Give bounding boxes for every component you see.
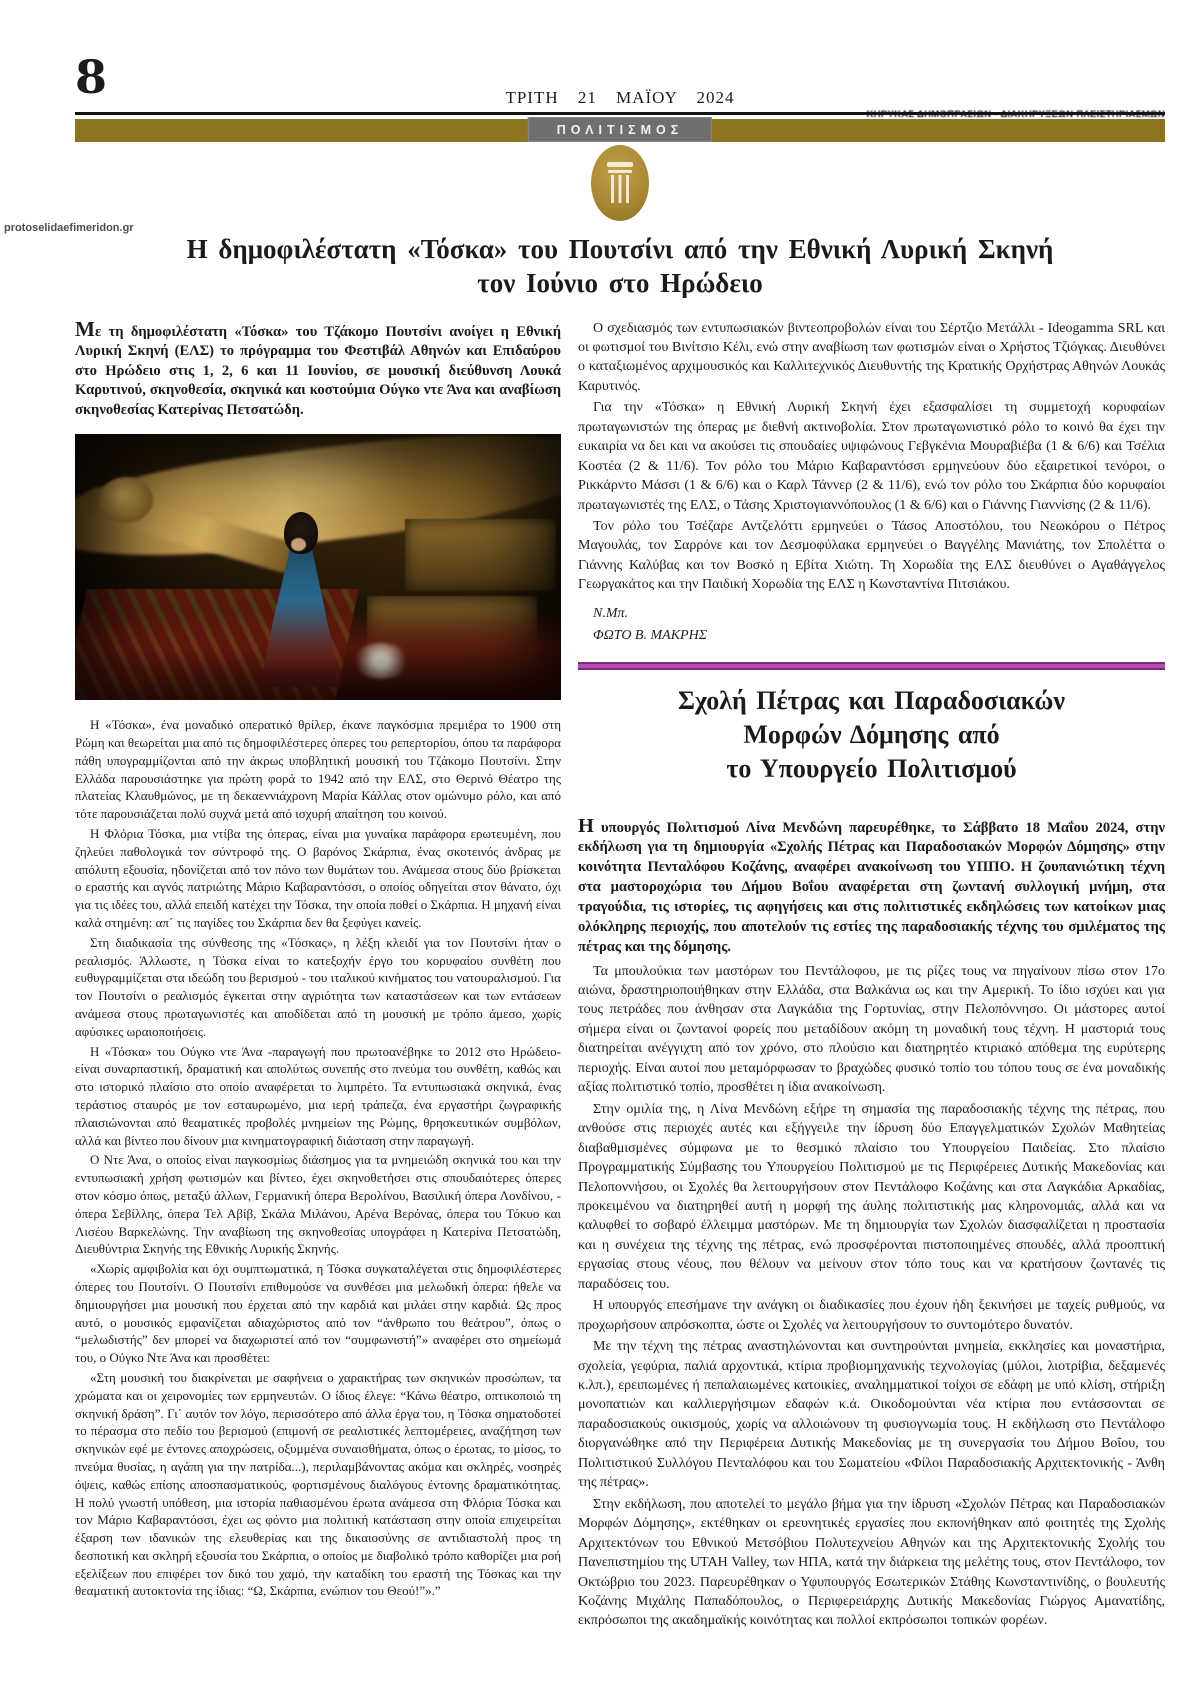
article1-paragraph: Στη διαδικασία της σύνθεσης της «Τόσκας»…: [75, 934, 561, 1041]
article-divider: [578, 662, 1165, 670]
tosca-dress-shape: [260, 543, 343, 687]
edition-date: ΤΡΙΤΗ 21 ΜΑΪΟΥ 2024: [75, 88, 1165, 108]
watermark: protoselidaefimeridon.gr: [4, 222, 134, 234]
article2-lead: Η υπουργός Πολιτισμού Λίνα Μενδώνη παρευ…: [578, 816, 1165, 958]
byline-block: Ν.Μπ. ΦΩΤΟ Β. ΜΑΚΡΗΣ: [593, 603, 1165, 646]
headline-line: Μορφών Δόμησης από: [578, 718, 1165, 752]
newspaper-page: 8 ΤΡΙΤΗ 21 ΜΑΪΟΥ 2024 ΚΗΡΥΚΑΣ ΔΗΜΟΠΡΑΣΙΩ…: [0, 0, 1200, 1697]
headline-line: τον Ιούνιο στο Ηρώδειο: [75, 267, 1165, 301]
section-label: ΠΟΛΙΤΙΣΜΟΣ: [528, 117, 712, 142]
article1-headline: Η δημοφιλέστατη «Τόσκα» του Πουτσίνι από…: [75, 233, 1165, 301]
stage-light-glow: [221, 445, 415, 504]
greek-column-icon: [591, 145, 649, 221]
article2-paragraph: Τα μπουλούκια των μαστόρων του Πεντάλοφο…: [578, 962, 1165, 1098]
article2-body: Τα μπουλούκια των μαστόρων του Πεντάλοφο…: [578, 962, 1165, 1631]
author-initials: Ν.Μπ.: [593, 603, 1165, 625]
photo-background: [75, 434, 561, 700]
article1-lead: Με τη δημοφιλέστατη «Τόσκα» του Τζάκομο …: [75, 319, 561, 421]
article1-paragraph: «Χωρίς αμφιβολία και όχι συμπτωματικά, η…: [75, 1260, 561, 1367]
flower-bouquet-shape: [352, 643, 410, 679]
article1-paragraph: Ο σχεδιασμός των εντυπωσιακών βιντεοπροβ…: [578, 319, 1165, 397]
altar-chest-shape: [367, 596, 537, 678]
statue-head-shape: [99, 477, 153, 523]
tosca-opera-photo: [75, 434, 561, 700]
article1-paragraph: Η «Τόσκα», ένα μοναδικό οπερατικό θρίλερ…: [75, 716, 561, 823]
red-floor-shape: [75, 610, 561, 700]
article1-paragraph: Ο Ντε Άνα, ο οποίος είναι παγκοσμίως διά…: [75, 1151, 561, 1258]
statue-arm-shape: [80, 484, 304, 576]
golden-statue-shape: [75, 434, 561, 575]
article2-paragraph: Στην ομιλία της, η Λίνα Μενδώνη εξήρε τη…: [578, 1100, 1165, 1295]
article1-right-body: Ο σχεδιασμός των εντυπωσιακών βιντεοπροβ…: [578, 319, 1165, 595]
section-band: ΠΟΛΙΤΙΣΜΟΣ: [75, 119, 1165, 142]
article1-paragraph: Για την «Τόσκα» η Εθνική Λυρική Σκηνή έχ…: [578, 398, 1165, 515]
article1-paragraph: Η Φλόρια Τόσκα, μια ντίβα της όπερας, εί…: [75, 825, 561, 932]
right-column: Ο σχεδιασμός των εντυπωσιακών βιντεοπροβ…: [578, 319, 1165, 1633]
icon-row: [75, 145, 1165, 223]
headline-line: Σχολή Πέτρας και Παραδοσιακών: [578, 684, 1165, 718]
article1-paragraph: Η «Τόσκα» του Ούγκο ντε Άνα -παραγωγή πο…: [75, 1043, 561, 1150]
article2-headline: Σχολή Πέτρας και ΠαραδοσιακώνΜορφών Δόμη…: [578, 684, 1165, 785]
article1-paragraph: Τον ρόλο του Τσέζαρε Αντζελόττι ερμηνεύε…: [578, 517, 1165, 595]
photo-credit: ΦΩΤΟ Β. ΜΑΚΡΗΣ: [593, 625, 1165, 647]
headline-line: το Υπουργείο Πολιτισμού: [578, 752, 1165, 786]
article2-paragraph: Με την τέχνη της πέτρας αναστηλώνονται κ…: [578, 1337, 1165, 1493]
column-glyph: [607, 162, 633, 204]
tosca-hair-shape: [284, 512, 318, 554]
article1-paragraph: «Στη μουσική του διακρίνεται με σαφήνεια…: [75, 1369, 561, 1600]
headline-line: Η δημοφιλέστατη «Τόσκα» του Πουτσίνι από…: [75, 233, 1165, 267]
article1-left-body: Η «Τόσκα», ένα μοναδικό οπερατικό θρίλερ…: [75, 716, 561, 1600]
content-columns: Με τη δημοφιλέστατη «Τόσκα» του Τζάκομο …: [75, 319, 1165, 1633]
page-header: 8 ΤΡΙΤΗ 21 ΜΑΪΟΥ 2024 ΚΗΡΥΚΑΣ ΔΗΜΟΠΡΑΣΙΩ…: [75, 56, 1165, 112]
tosca-face-shape: [291, 538, 306, 551]
ornate-carpet-shape: [75, 589, 359, 701]
article2-paragraph: Η υπουργός επεσήμανε την ανάγκη οι διαδι…: [578, 1296, 1165, 1335]
left-column: Με τη δημοφιλέστατη «Τόσκα» του Τζάκομο …: [75, 319, 561, 1603]
altar-chest-shape: [405, 519, 556, 591]
article2-paragraph: Στην εκδήλωση, που αποτελεί το μεγάλο βή…: [578, 1495, 1165, 1631]
